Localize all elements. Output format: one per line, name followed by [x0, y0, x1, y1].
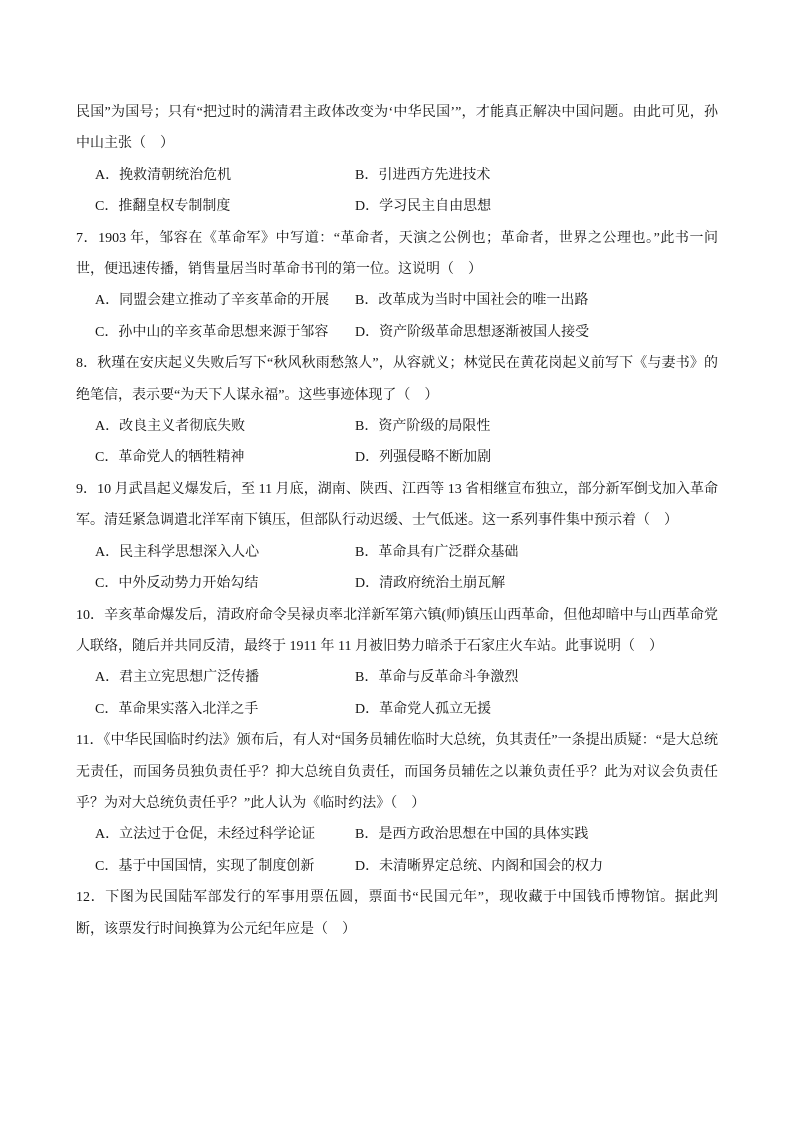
option-row: A．立法过于仓促，未经过科学论证B．是西方政治思想在中国的具体实践	[76, 819, 718, 850]
option-row: C．推翻皇权专制制度D．学习民主自由思想	[76, 191, 718, 222]
option-row: C．孙中山的辛亥革命思想来源于邹容D．资产阶级革命思想逐渐被国人接受	[76, 317, 718, 348]
option-rows: A．君主立宪思想广泛传播B．革命与反革命斗争激烈C．革命果实落入北洋之手D．革命…	[76, 662, 718, 725]
option: A．改良主义者彻底失败	[95, 411, 355, 442]
option-row: A．同盟会建立推动了辛亥革命的开展B．改革成为当时中国社会的唯一出路	[76, 285, 718, 316]
option: D．清政府统治土崩瓦解	[355, 568, 505, 599]
option-row: C．中外反动势力开始勾结D．清政府统治土崩瓦解	[76, 568, 718, 599]
option: A．挽救清朝统治危机	[95, 160, 355, 191]
question-stem: 11．《中华民国临时约法》颁布后，有人对“国务员辅佐临时大总统，负其责任”一条提…	[76, 725, 718, 819]
option: C．革命果实落入北洋之手	[95, 694, 355, 725]
option: A．立法过于仓促，未经过科学论证	[95, 819, 355, 850]
option-rows: A．同盟会建立推动了辛亥革命的开展B．改革成为当时中国社会的唯一出路C．孙中山的…	[76, 285, 718, 348]
option: D．列强侵略不断加剧	[355, 442, 491, 473]
option: B．引进西方先进技术	[355, 160, 490, 191]
option-rows: A．挽救清朝统治危机B．引进西方先进技术C．推翻皇权专制制度D．学习民主自由思想	[76, 160, 718, 223]
question-stem: 民国”为国号；只有“把过时的满清君主政体改变为‘中华民国’”，才能真正解决中国问…	[76, 97, 718, 160]
option-row: A．君主立宪思想广泛传播B．革命与反革命斗争激烈	[76, 662, 718, 693]
question-stem: 10．辛亥革命爆发后，清政府命令吴禄贞率北洋新军第六镇(师)镇压山西革命，但他却…	[76, 600, 718, 663]
option: C．中外反动势力开始勾结	[95, 568, 355, 599]
option: B．是西方政治思想在中国的具体实践	[355, 819, 588, 850]
option: A．君主立宪思想广泛传播	[95, 662, 355, 693]
option: B．革命具有广泛群众基础	[355, 537, 518, 568]
option: D．革命党人孤立无援	[355, 694, 491, 725]
option: D．未清晰界定总统、内阁和国会的权力	[355, 851, 603, 882]
option-row: C．革命党人的牺牲精神D．列强侵略不断加剧	[76, 442, 718, 473]
option: C．革命党人的牺牲精神	[95, 442, 355, 473]
option: D．资产阶级革命思想逐渐被国人接受	[355, 317, 589, 348]
question-stem: 9．10 月武昌起义爆发后，至 11 月底，湖南、陕西、江西等 13 省相继宣布…	[76, 474, 718, 537]
option-rows: A．民主科学思想深入人心B．革命具有广泛群众基础C．中外反动势力开始勾结D．清政…	[76, 537, 718, 600]
option-row: C．基于中国国情，实现了制度创新D．未清晰界定总统、内阁和国会的权力	[76, 851, 718, 882]
option-row: C．革命果实落入北洋之手D．革命党人孤立无援	[76, 694, 718, 725]
option: A．同盟会建立推动了辛亥革命的开展	[95, 285, 355, 316]
question: 9．10 月武昌起义爆发后，至 11 月底，湖南、陕西、江西等 13 省相继宣布…	[76, 474, 718, 600]
option: C．孙中山的辛亥革命思想来源于邹容	[95, 317, 355, 348]
option: B．资产阶级的局限性	[355, 411, 490, 442]
questions-list: 民国”为国号；只有“把过时的满清君主政体改变为‘中华民国’”，才能真正解决中国问…	[76, 97, 718, 945]
option: B．革命与反革命斗争激烈	[355, 662, 518, 693]
question: 12．下图为民国陆军部发行的军事用票伍圆，票面书“民国元年”，现收藏于中国钱币博…	[76, 882, 718, 945]
question: 民国”为国号；只有“把过时的满清君主政体改变为‘中华民国’”，才能真正解决中国问…	[76, 97, 718, 223]
question: 7．1903 年，邹容在《革命军》中写道：“革命者，天演之公例也；革命者，世界之…	[76, 223, 718, 349]
option-rows: A．改良主义者彻底失败B．资产阶级的局限性C．革命党人的牺牲精神D．列强侵略不断…	[76, 411, 718, 474]
question: 8．秋瑾在安庆起义失败后写下“秋风秋雨愁煞人”，从容就义；林觉民在黄花岗起义前写…	[76, 348, 718, 474]
option-rows: A．立法过于仓促，未经过科学论证B．是西方政治思想在中国的具体实践C．基于中国国…	[76, 819, 718, 882]
option: A．民主科学思想深入人心	[95, 537, 355, 568]
exam-page: 民国”为国号；只有“把过时的满清君主政体改变为‘中华民国’”，才能真正解决中国问…	[0, 0, 793, 1122]
option-row: A．民主科学思想深入人心B．革命具有广泛群众基础	[76, 537, 718, 568]
option: D．学习民主自由思想	[355, 191, 491, 222]
option: B．改革成为当时中国社会的唯一出路	[355, 285, 588, 316]
option: C．基于中国国情，实现了制度创新	[95, 851, 355, 882]
question: 10．辛亥革命爆发后，清政府命令吴禄贞率北洋新军第六镇(师)镇压山西革命，但他却…	[76, 600, 718, 726]
option-row: A．挽救清朝统治危机B．引进西方先进技术	[76, 160, 718, 191]
question-stem: 12．下图为民国陆军部发行的军事用票伍圆，票面书“民国元年”，现收藏于中国钱币博…	[76, 882, 718, 945]
question-stem: 7．1903 年，邹容在《革命军》中写道：“革命者，天演之公例也；革命者，世界之…	[76, 223, 718, 286]
option-row: A．改良主义者彻底失败B．资产阶级的局限性	[76, 411, 718, 442]
question-stem: 8．秋瑾在安庆起义失败后写下“秋风秋雨愁煞人”，从容就义；林觉民在黄花岗起义前写…	[76, 348, 718, 411]
option: C．推翻皇权专制制度	[95, 191, 355, 222]
question: 11．《中华民国临时约法》颁布后，有人对“国务员辅佐临时大总统，负其责任”一条提…	[76, 725, 718, 882]
